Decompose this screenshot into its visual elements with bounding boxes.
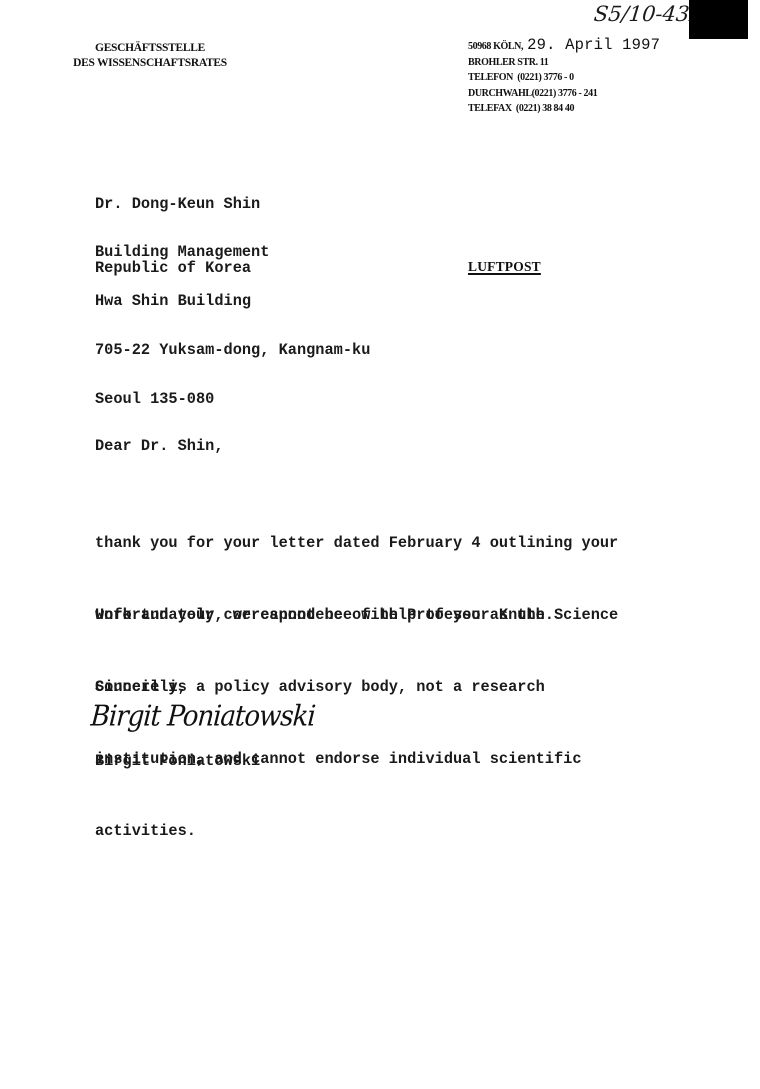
handwritten-signature: Birgit Poniatowski (90, 700, 316, 733)
recipient-street: 705-22 Yuksam-dong, Kangnam-ku (95, 342, 370, 358)
closing: Sincerely, (95, 678, 187, 696)
recipient-country: Republic of Korea (95, 260, 251, 276)
file-reference-handwritten: S5/10-43L (593, 2, 705, 26)
paragraph-line: thank you for your letter dated February… (95, 531, 618, 555)
letterhead-contact-block: 50968 KÖLN,29. April 1997 BROHLER STR. 1… (468, 38, 660, 117)
recipient-name: Dr. Dong-Keun Shin (95, 196, 370, 212)
signatory-name: Birgit Poniatowski (95, 752, 260, 770)
city-date-row: 50968 KÖLN,29. April 1997 (468, 38, 660, 55)
direct-dial: DURCHWAHL(0221) 3776 - 241 (468, 86, 660, 102)
redaction-box (689, 0, 748, 39)
letterhead-organization: GESCHÄFTSSTELLE DES WISSENSCHAFTSRATES (52, 41, 248, 71)
telephone: TELEFON (0221) 3776 - 0 (468, 70, 660, 86)
recipient-building: Hwa Shin Building (95, 293, 370, 309)
letterhead-org-line-2: DES WISSENSCHAFTSRATES (52, 56, 248, 71)
delivery-method-airmail: LUFTPOST (468, 259, 541, 275)
salutation: Dear Dr. Shin, (95, 437, 224, 455)
street-address: BROHLER STR. 11 (468, 55, 660, 71)
recipient-city: Seoul 135-080 (95, 391, 370, 407)
recipient-address: Dr. Dong-Keun Shin Building Management H… (95, 163, 370, 424)
paragraph-line: activities. (95, 819, 618, 843)
paragraph-line: Unfortunately, we cannot be of help to y… (95, 603, 618, 627)
letterhead-org-line-1: GESCHÄFTSSTELLE (52, 41, 248, 56)
telefax: TELEFAX (0221) 38 84 40 (468, 101, 660, 117)
postal-city: 50968 KÖLN, (468, 41, 523, 52)
letter-date: 29. April 1997 (527, 36, 660, 54)
